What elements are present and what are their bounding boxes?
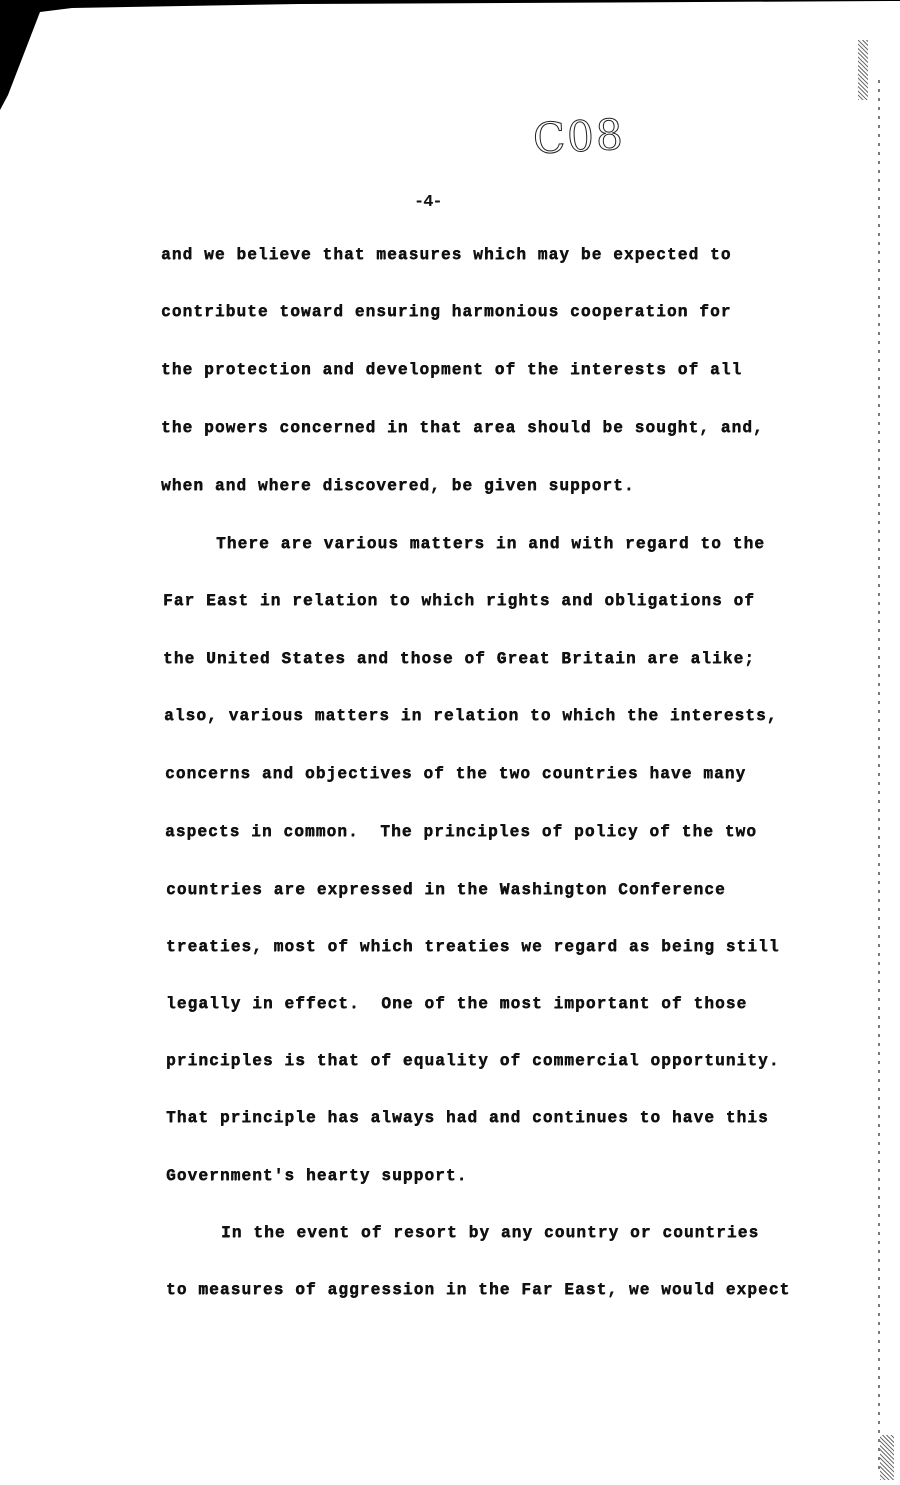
document-page: C08 -4- and we believe that measures whi…	[0, 0, 900, 1485]
text-line: Government's hearty support.	[166, 1167, 467, 1185]
text-line: concerns and objectives of the two count…	[165, 765, 746, 783]
scan-speckle-top	[858, 40, 868, 100]
text-line: Far East in relation to which rights and…	[163, 592, 755, 610]
text-line: and we believe that measures which may b…	[161, 246, 732, 264]
text-line: the protection and development of the in…	[161, 361, 742, 379]
handwritten-annotation: C08	[532, 110, 626, 164]
text-line: the United States and those of Great Bri…	[163, 650, 755, 668]
text-line: to measures of aggression in the Far Eas…	[166, 1281, 790, 1299]
text-line: contribute toward ensuring harmonious co…	[161, 303, 732, 321]
text-line: In the event of resort by any country or…	[221, 1224, 759, 1242]
text-line: aspects in common. The principles of pol…	[165, 823, 757, 841]
text-line: also, various matters in relation to whi…	[164, 707, 778, 725]
text-line: That principle has always had and contin…	[166, 1109, 769, 1127]
text-line: There are various matters in and with re…	[216, 535, 765, 553]
text-line: principles is that of equality of commer…	[166, 1052, 780, 1070]
text-line: legally in effect. One of the most impor…	[166, 995, 747, 1013]
text-line: the powers concerned in that area should…	[161, 419, 764, 437]
text-line: treaties, most of which treaties we rega…	[166, 938, 780, 956]
text-line: countries are expressed in the Washingto…	[166, 881, 726, 899]
scan-right-edge	[878, 80, 880, 1470]
scan-speckle-bottom	[880, 1435, 894, 1480]
page-number: -4-	[414, 193, 442, 212]
scan-edge-shadow	[0, 0, 900, 120]
text-line: when and where discovered, be given supp…	[161, 477, 635, 495]
